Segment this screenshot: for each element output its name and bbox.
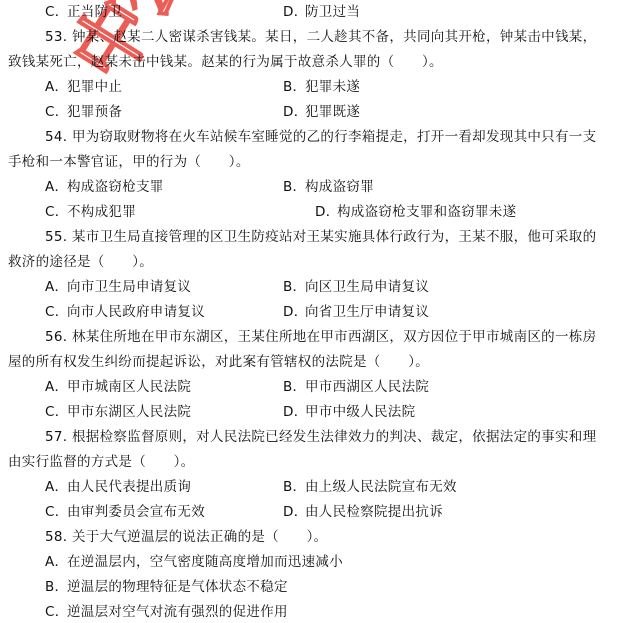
question-57-stem: 57. 根据检察监督原则，对人民法院已经发生法律效力的判决、裁定，依据法定的事实…: [45, 428, 596, 446]
question-text: 甲为窃取财物将在火车站候车室睡觉的乙的行李箱提走，打开一看却发现其中只有一支: [72, 129, 596, 145]
question-text: 林某住所地在甲市东湖区，王某住所地在甲市西湖区，双方因位于甲市城南区的一栋房: [72, 329, 596, 345]
option-letter: C．: [45, 203, 67, 221]
option-text: 防卫过当: [305, 4, 360, 20]
question-56-stem-cont: 屋的所有权发生纠纷而提起诉讼，对此案有管辖权的法院是（ ）。: [8, 353, 429, 371]
option-c: C．由审判委员会宣布无效: [45, 503, 205, 521]
option-letter: B．: [283, 478, 305, 496]
option-letter: C．: [45, 603, 67, 621]
question-text: 根据检察监督原则，对人民法院已经发生法律效力的判决、裁定，依据法定的事实和理: [72, 429, 596, 445]
option-a: A．向市卫生局申请复议: [45, 278, 191, 296]
option-text: 构成盗窃罪: [305, 179, 374, 195]
option-letter: A．: [45, 553, 67, 571]
question-number: 53.: [45, 29, 67, 45]
option-letter: B．: [283, 178, 305, 196]
question-text: 关于大气逆温层的说法正确的是（ ）。: [72, 529, 327, 545]
question-57-stem-cont: 由实行监督的方式是（ ）。: [8, 453, 194, 471]
option-text: 正当防卫: [67, 4, 122, 20]
option-letter: D．: [315, 203, 337, 221]
option-c: C．甲市东湖区人民法院: [45, 403, 191, 421]
option-a: A．在逆温层内，空气密度随高度增加而迅速减小: [45, 553, 343, 571]
option-d: D．由人民检察院提出抗诉: [283, 503, 443, 521]
question-58-stem: 58. 关于大气逆温层的说法正确的是（ ）。: [45, 528, 327, 546]
option-letter: D．: [283, 403, 305, 421]
option-a: A．构成盗窃枪支罪: [45, 178, 164, 196]
option-text: 犯罪既遂: [305, 104, 360, 120]
question-number: 56.: [45, 329, 67, 345]
option-d: D．犯罪既遂: [283, 103, 360, 121]
option-letter: D．: [283, 103, 305, 121]
question-text: 钟某、赵某二人密谋杀害钱某。某日，二人趁其不备，共同向其开枪，钟某击中钱某，: [72, 29, 596, 45]
option-letter: C．: [45, 103, 67, 121]
option-c: C．逆温层对空气对流有强烈的促进作用: [45, 603, 288, 621]
option-text: 由审判委员会宣布无效: [67, 504, 205, 520]
option-text: 由人民代表提出质询: [67, 479, 191, 495]
option-letter: C．: [45, 403, 67, 421]
option-letter: D．: [283, 303, 305, 321]
option-d: D．向省卫生厅申请复议: [283, 303, 429, 321]
option-letter: B．: [283, 378, 305, 396]
question-55-stem: 55. 某市卫生局直接管理的区卫生防疫站对王某实施具体行政行为，王某不服，他可采…: [45, 228, 596, 246]
option-text: 犯罪中止: [67, 79, 122, 95]
option-d: D．防卫过当: [283, 3, 360, 21]
question-56-stem: 56. 林某住所地在甲市东湖区，王某住所地在甲市西湖区，双方因位于甲市城南区的一…: [45, 328, 596, 346]
option-letter: C．: [45, 303, 67, 321]
option-a: A．由人民代表提出质询: [45, 478, 191, 496]
option-letter: B．: [283, 278, 305, 296]
option-a: A．甲市城南区人民法院: [45, 378, 191, 396]
option-text: 逆温层对空气对流有强烈的促进作用: [67, 604, 288, 620]
option-text: 在逆温层内，空气密度随高度增加而迅速减小: [67, 554, 343, 570]
option-b: B．向区卫生局申请复议: [283, 278, 429, 296]
option-text: 向市人民政府申请复议: [67, 304, 205, 320]
option-b: B．甲市西湖区人民法院: [283, 378, 429, 396]
option-c: C．犯罪预备: [45, 103, 122, 121]
question-54-stem-cont: 手枪和一本警官证，甲的行为（ ）。: [8, 153, 250, 171]
option-text: 甲市城南区人民法院: [67, 379, 191, 395]
option-b: B．由上级人民法院宣布无效: [283, 478, 457, 496]
option-letter: A．: [45, 378, 67, 396]
option-letter: A．: [45, 78, 67, 96]
option-c: C．正当防卫: [45, 3, 122, 21]
option-text: 甲市西湖区人民法院: [305, 379, 429, 395]
option-c: C．向市人民政府申请复议: [45, 303, 205, 321]
option-c: C．不构成犯罪: [45, 203, 136, 221]
option-text: 甲市中级人民法院: [305, 404, 415, 420]
option-text: 由上级人民法院宣布无效: [305, 479, 457, 495]
option-b: B．逆温层的物理特征是气体状态不稳定: [45, 578, 288, 596]
option-text: 甲市东湖区人民法院: [67, 404, 191, 420]
option-text: 构成盗窃枪支罪: [67, 179, 164, 195]
option-letter: B．: [45, 578, 67, 596]
option-text: 由人民检察院提出抗诉: [305, 504, 443, 520]
option-text: 向区卫生局申请复议: [305, 279, 429, 295]
question-text: 某市卫生局直接管理的区卫生防疫站对王某实施具体行政行为，王某不服，他可采取的: [72, 229, 596, 245]
option-letter: D．: [283, 503, 305, 521]
question-number: 58.: [45, 529, 67, 545]
option-text: 犯罪未遂: [305, 79, 360, 95]
option-letter: B．: [283, 78, 305, 96]
option-text: 向市卫生局申请复议: [67, 279, 191, 295]
option-letter: A．: [45, 278, 67, 296]
option-letter: C．: [45, 503, 67, 521]
question-number: 55.: [45, 229, 67, 245]
option-text: 犯罪预备: [67, 104, 122, 120]
option-text: 构成盗窃枪支罪和盗窃罪未遂: [337, 204, 516, 220]
option-d: D．构成盗窃枪支罪和盗窃罪未遂: [315, 203, 516, 221]
question-number: 54.: [45, 129, 67, 145]
option-letter: A．: [45, 178, 67, 196]
question-number: 57.: [45, 429, 67, 445]
option-text: 不构成犯罪: [67, 204, 136, 220]
option-a: A．犯罪中止: [45, 78, 122, 96]
question-53-stem: 53. 钟某、赵某二人密谋杀害钱某。某日，二人趁其不备，共同向其开枪，钟某击中钱…: [45, 28, 596, 46]
option-b: B．犯罪未遂: [283, 78, 360, 96]
option-letter: C．: [45, 3, 67, 21]
option-text: 逆温层的物理特征是气体状态不稳定: [67, 579, 288, 595]
question-53-stem-cont: 致钱某死亡，赵某未击中钱某。赵某的行为属于故意杀人罪的（ ）。: [8, 53, 443, 71]
option-letter: D．: [283, 3, 305, 21]
option-b: B．构成盗窃罪: [283, 178, 374, 196]
question-55-stem-cont: 救济的途径是（ ）。: [8, 253, 153, 271]
option-letter: A．: [45, 478, 67, 496]
question-54-stem: 54. 甲为窃取财物将在火车站候车室睡觉的乙的行李箱提走，打开一看却发现其中只有…: [45, 128, 596, 146]
option-d: D．甲市中级人民法院: [283, 403, 415, 421]
option-text: 向省卫生厅申请复议: [305, 304, 429, 320]
